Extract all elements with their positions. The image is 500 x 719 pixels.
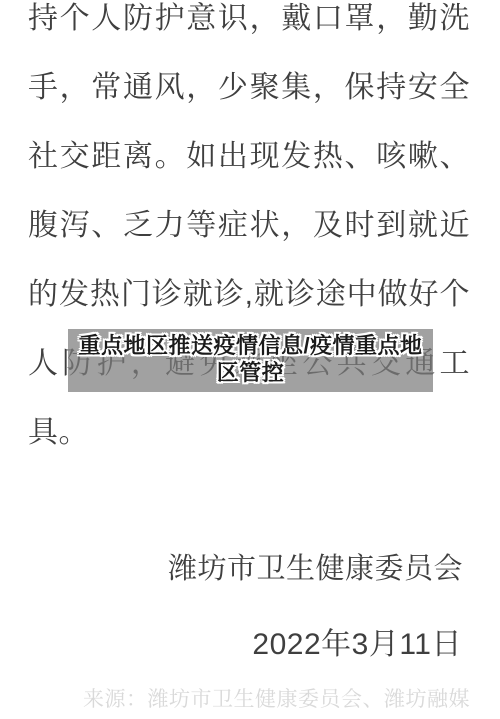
document-line: 具。 xyxy=(28,398,470,467)
source-credit: 来源：潍坊市卫生健康委员会、潍坊融媒 xyxy=(83,686,470,713)
document-line: 社交距离。如出现发热、咳嗽、 xyxy=(28,122,470,191)
notice-page: 持个人防护意识，戴口罩，勤洗 手，常通风，少聚集，保持安全 社交距离。如出现发热… xyxy=(0,0,500,719)
document-line: 手，常通风，少聚集，保持安全 xyxy=(28,53,470,122)
caption-overlay-banner: 重点地区推送疫情信息/疫情重点地区管控 xyxy=(68,329,433,392)
caption-overlay-title: 重点地区推送疫情信息/疫情重点地区管控 xyxy=(74,332,427,386)
issuer-signature: 潍坊市卫生健康委员会 xyxy=(168,552,463,587)
document-line: 腹泻、乏力等症状，及时到就近 xyxy=(28,191,470,260)
document-body: 持个人防护意识，戴口罩，勤洗 手，常通风，少聚集，保持安全 社交距离。如出现发热… xyxy=(28,0,470,467)
issue-date: 2022年3月11日 xyxy=(252,627,462,663)
document-line: 的发热门诊就诊,就诊途中做好个 xyxy=(28,260,470,329)
document-line: 持个人防护意识，戴口罩，勤洗 xyxy=(28,0,470,53)
